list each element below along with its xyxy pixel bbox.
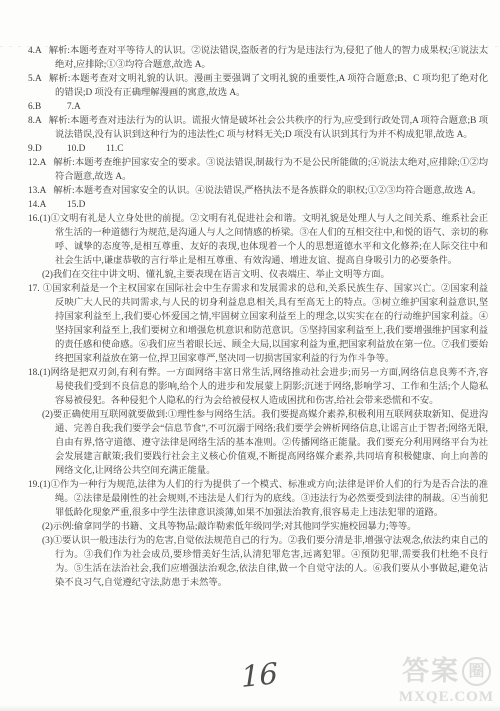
answer-item: 19.(1)①作为一种行为规范,法律为人们的行为提供了一个模式、标准或方向;法律… (0, 478, 488, 520)
answer-list: 4.A解析:本题考查对平等待人的认识。②说法错误,盗版者的行为是违法行为,侵犯了… (0, 44, 488, 590)
answer-label: 13.A (28, 186, 46, 196)
answer-cell: 9.D (28, 142, 66, 156)
answer-text: 示例:偷拿同学的书籍、文具等物品;敲诈勒索低年级同学;对其他同学实施校园暴力;等… (53, 522, 417, 532)
answer-text: 我们在交往中讲文明、懂礼貌,主要表现在语言文明、仪表端庄、举止文明等方面。 (53, 270, 390, 280)
answer-label: (2) (42, 410, 53, 420)
answer-label: (2) (42, 522, 53, 532)
answer-label: 19.(1) (28, 480, 50, 490)
scanned-answer-page: 4.A解析:本题考查对平等待人的认识。②说法错误,盗版者的行为是违法行为,侵犯了… (0, 0, 500, 711)
answer-label: 5.A (28, 74, 42, 84)
answer-text: ①国家利益是一个主权国家在国际社会中生存需求和发展需求的总和,关系民族生存、国家… (43, 284, 488, 364)
answer-cell: 11.C (106, 142, 144, 156)
answer-row: 14.A15.D (0, 198, 488, 212)
answer-item: 13.A解析:本题考查对国家安全的认识。④说法错误,严格执法不是各族群众的职权;… (0, 184, 488, 198)
answer-item: (3)①要认识一般违法行为的危害,自觉依法规范自己的行为。②我们要分清是非,增强… (0, 534, 488, 590)
answer-text: 解析:本题考查对国家安全的认识。④说法错误,严格执法不是各族群众的职权;①②③均… (53, 186, 481, 196)
answer-item: 8.A解析:本题考查对违法行为的认识。谎报火情是破坏社会公共秩序的行为,应受到行… (0, 114, 488, 142)
answer-item: 4.A解析:本题考查对平等待人的认识。②说法错误,盗版者的行为是违法行为,侵犯了… (0, 44, 488, 72)
answer-text: 网络是把双刃剑,有利有弊。一方面网络丰富日常生活,网络推动社会进步;而另一方面,… (50, 368, 488, 406)
answer-text: 解析:本题考查维护国家安全的要求。③说法错误,制裁行为不是公民所能做的;④说法太… (53, 158, 488, 182)
answer-text: 解析:本题考查对文明礼貌的认识。漫画主要强调了文明礼貌的重要性,A 项符合题意;… (49, 74, 488, 98)
answer-item: 18.(1)网络是把双刃剑,有利有弊。一方面网络丰富日常生活,网络推动社会进步;… (0, 366, 488, 408)
answer-label: 18.(1) (28, 368, 50, 378)
answer-cell: 15.D (67, 198, 105, 212)
handwritten-page-number: 16 (241, 656, 279, 694)
answer-text: ①文明有礼是人立身处世的前提。②文明有礼促进社会和谐。文明礼貌是处理人与人之间关… (50, 214, 488, 266)
watermark-circle-logo: 圈 (462, 657, 491, 686)
answer-row: 6.B7.A (0, 100, 488, 114)
answer-label: (2) (42, 270, 53, 280)
answer-row: 9.D10.D11.C (0, 142, 488, 156)
answer-item: 12.A解析:本题考查维护国家安全的要求。③说法错误,制裁行为不是公民所能做的;… (0, 156, 488, 184)
watermark-brand-text: 答案 (402, 657, 460, 687)
answer-label: (3) (42, 536, 53, 546)
answer-text: 要正确使用互联网就要做到:①理性参与网络生活。我们要提高媒介素养,积极利用互联网… (53, 410, 488, 476)
answer-text: 解析:本题考查对平等待人的认识。②说法错误,盗版者的行为是违法行为,侵犯了他人的… (49, 46, 488, 70)
answer-cell: 6.B (28, 100, 66, 114)
answer-cell: 7.A (67, 100, 105, 114)
watermark: 答案圈 MXQE.COM (399, 657, 494, 705)
watermark-site: MXQE.COM (399, 689, 494, 706)
answer-text: ①作为一种行为规范,法律为人们的行为提供了一个模式、标准或方向;法律是评价人们的… (50, 480, 488, 518)
answer-label: 12.A (28, 158, 46, 168)
answer-label: 4.A (28, 46, 42, 56)
watermark-brand: 答案圈 (399, 657, 494, 687)
answer-item: (2)示例:偷拿同学的书籍、文具等物品;敲诈勒索低年级同学;对其他同学实施校园暴… (0, 520, 488, 534)
answer-label: 16.(1) (28, 214, 50, 224)
answer-label: 17. (28, 284, 40, 294)
answer-item: (2)我们在交往中讲文明、懂礼貌,主要表现在语言文明、仪表端庄、举止文明等方面。 (0, 268, 488, 282)
answer-item: 16.(1)①文明有礼是人立身处世的前提。②文明有礼促进社会和谐。文明礼貌是处理… (0, 212, 488, 268)
answer-cell: 10.D (67, 142, 105, 156)
answer-text: 解析:本题考查对违法行为的认识。谎报火情是破坏社会公共秩序的行为,应受到行政处罚… (49, 116, 488, 140)
answer-item: 17.①国家利益是一个主权国家在国际社会中生存需求和发展需求的总和,关系民族生存… (0, 282, 488, 366)
answer-text: ①要认识一般违法行为的危害,自觉依法规范自己的行为。②我们要分清是非,增强守法观… (53, 536, 488, 588)
answer-item: 5.A解析:本题考查对文明礼貌的认识。漫画主要强调了文明礼貌的重要性,A 项符合… (0, 72, 488, 100)
answer-cell: 14.A (28, 198, 66, 212)
answer-label: 8.A (28, 116, 42, 126)
answer-item: (2)要正确使用互联网就要做到:①理性参与网络生活。我们要提高媒介素养,积极利用… (0, 408, 488, 478)
